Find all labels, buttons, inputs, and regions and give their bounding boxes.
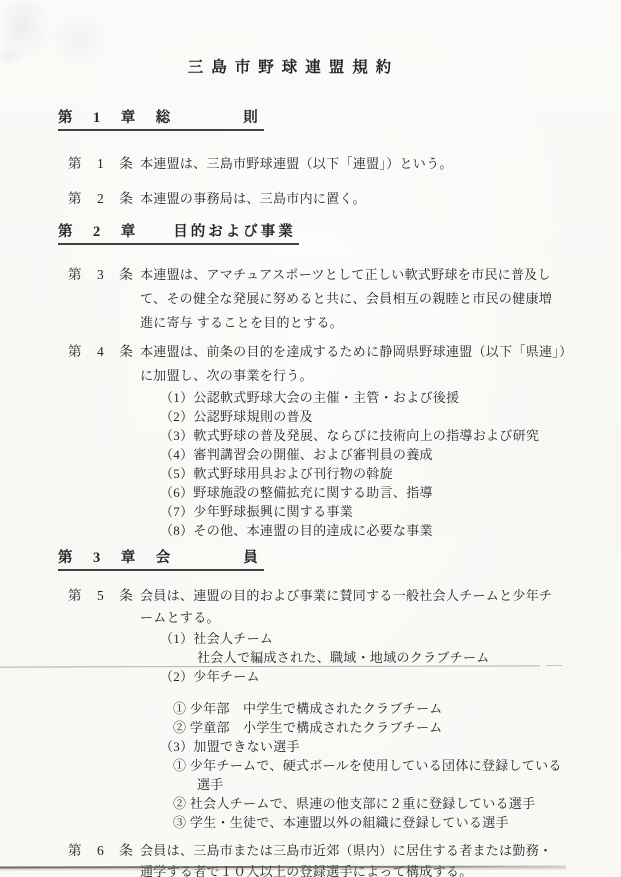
article-5-item: 選手 xyxy=(140,775,621,794)
article-1: 第 1 条 本連盟は、三島市野球連盟（以下「連盟」）という。 xyxy=(68,152,621,176)
article-4-item: （5）軟式野球用具および刊行物の斡旋 xyxy=(140,464,621,483)
article-5-body: 会員は、連盟の目的および事業に賛同する一般社会人チームと少年チ ームとする。 （… xyxy=(140,585,621,832)
document-title: 三島市野球連盟規約 xyxy=(0,58,587,78)
scan-seam-line-dash xyxy=(546,665,562,666)
article-6-body: 会員は、三島市または三島市近郊（県内）に居住する者または勤務・ 通学する者で１０… xyxy=(140,840,621,877)
article-4-item: （2）公認野球規則の普及 xyxy=(140,407,621,426)
article-5-line: 会員は、連盟の目的および事業に賛同する一般社会人チームと少年チ xyxy=(140,585,621,607)
article-5-item: ② 学童部 小学生で構成されたクラブチーム xyxy=(140,718,621,737)
scanned-document-page: 三島市野球連盟規約 第 1 章 総 則 第 1 条 本連盟は、三島市野球連盟（以… xyxy=(0,0,621,877)
article-2-body: 本連盟の事務局は、三島市内に置く。 xyxy=(140,187,621,211)
chapter-2-heading: 第 2 章 目的および事業 xyxy=(58,220,621,245)
article-3: 第 3 条 本連盟は、アマチュアスポーツとして正しい軟式野球を市民に普及し て、… xyxy=(68,263,621,335)
article-4: 第 4 条 本連盟は、前条の目的を達成するために静岡県野球連盟（以下「県連」） … xyxy=(68,340,621,540)
chapter-1-heading-text: 第 1 章 総 則 xyxy=(58,106,264,131)
article-6-line: 通学する者で１０人以上の登録選手によって構成する。 xyxy=(140,861,621,877)
article-4-label: 第 4 条 xyxy=(68,340,140,540)
scan-smudge xyxy=(50,12,108,64)
article-5-item: ① 少年部 中学生で構成されたクラブチーム xyxy=(140,699,621,718)
chapter-3-heading: 第 3 章 会 員 xyxy=(58,546,621,571)
chapter-3-heading-text: 第 3 章 会 員 xyxy=(58,546,264,571)
article-6-line: 会員は、三島市または三島市近郊（県内）に居住する者または勤務・ xyxy=(140,840,621,861)
article-6-label: 第 6 条 xyxy=(68,840,140,877)
article-4-line: に加盟し、次の事業を行う。 xyxy=(140,364,621,388)
chapter-1-heading: 第 1 章 総 則 xyxy=(58,106,621,131)
article-2: 第 2 条 本連盟の事務局は、三島市内に置く。 xyxy=(68,187,621,211)
article-3-line: て、その健全な発展に努めると共に、会員相互の親睦と市民の健康増 xyxy=(140,287,621,311)
article-6: 第 6 条 会員は、三島市または三島市近郊（県内）に居住する者または勤務・ 通学… xyxy=(68,840,621,877)
article-4-item: （6）野球施設の整備拡充に関する助言、指導 xyxy=(140,483,621,502)
article-4-body: 本連盟は、前条の目的を達成するために静岡県野球連盟（以下「県連」） に加盟し、次… xyxy=(140,340,621,540)
scan-smudge xyxy=(4,2,50,60)
article-4-item: （4）審判講習会の開催、および審判員の養成 xyxy=(140,445,621,464)
article-3-label: 第 3 条 xyxy=(68,263,140,335)
article-1-line: 本連盟は、三島市野球連盟（以下「連盟」）という。 xyxy=(140,152,621,176)
article-5: 第 5 条 会員は、連盟の目的および事業に賛同する一般社会人チームと少年チ ーム… xyxy=(68,585,621,832)
article-4-item: （3）軟式野球の普及発展、ならびに技術向上の指導および研究 xyxy=(140,426,621,445)
article-5-item: ① 少年チームで、硬式ボールを使用している団体に登録している xyxy=(140,756,621,775)
article-4-item: （1）公認軟式野球大会の主催・主管・および後援 xyxy=(140,388,621,407)
article-5-line: ームとする。 xyxy=(140,607,621,629)
chapter-2-heading-text: 第 2 章 目的および事業 xyxy=(58,220,299,245)
article-5-item: ② 社会人チームで、県連の他支部に２重に登録している選手 xyxy=(140,794,621,813)
article-2-label: 第 2 条 xyxy=(68,187,140,211)
article-4-item: （7）少年野球振興に関する事業 xyxy=(140,502,621,521)
article-3-line: 本連盟は、アマチュアスポーツとして正しい軟式野球を市民に普及し xyxy=(140,263,621,287)
article-5-item: （1）社会人チーム xyxy=(140,629,621,648)
article-4-item: （8）その他、本連盟の目的達成に必要な事業 xyxy=(140,521,621,540)
article-5-label: 第 5 条 xyxy=(68,585,140,832)
article-2-line: 本連盟の事務局は、三島市内に置く。 xyxy=(140,187,621,211)
article-5-item: （3）加盟できない選手 xyxy=(140,737,621,756)
article-4-line: 本連盟は、前条の目的を達成するために静岡県野球連盟（以下「県連」） xyxy=(140,340,621,364)
article-1-label: 第 1 条 xyxy=(68,152,140,176)
article-3-line: 進に寄与 することを目的とする。 xyxy=(140,311,621,335)
article-5-item: （2）少年チーム xyxy=(140,667,621,686)
article-1-body: 本連盟は、三島市野球連盟（以下「連盟」）という。 xyxy=(140,152,621,176)
article-5-item: ③ 学生・生徒で、本連盟以外の組織に登録している選手 xyxy=(140,813,621,832)
article-3-body: 本連盟は、アマチュアスポーツとして正しい軟式野球を市民に普及し て、その健全な発… xyxy=(140,263,621,335)
